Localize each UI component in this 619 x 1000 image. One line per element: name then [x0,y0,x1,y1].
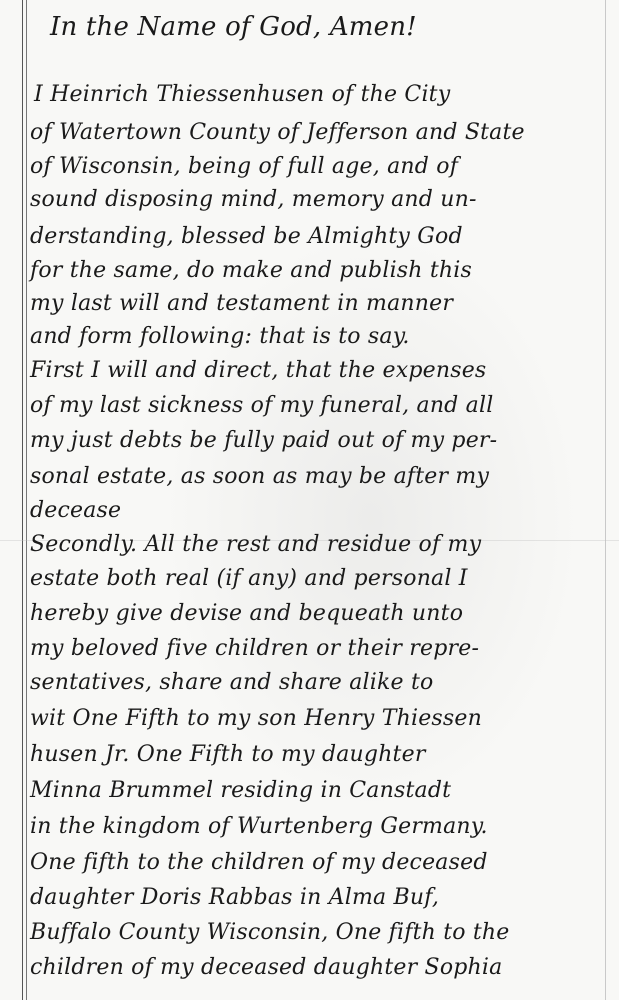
text-line: sonal estate, as soon as may be after my [30,466,605,488]
text-line: decease [30,500,605,522]
text-line: sound disposing mind, memory and un- [30,189,605,211]
text-line: I Heinrich Thiessenhusen of the City [34,84,609,106]
left-margin-rule [22,0,23,1000]
text-line: daughter Doris Rabbas in Alma Buf, [30,887,605,909]
text-line: Secondly. All the rest and residue of my [30,534,605,556]
text-line: in the kingdom of Wurtenberg Germany. [30,816,605,838]
text-line: of Wisconsin, being of full age, and of [30,156,605,178]
text-line: children of my deceased daughter Sophia [30,957,605,979]
left-margin-rule-inner [26,0,27,1000]
text-line: and form following: that is to say. [30,326,605,348]
text-line: hereby give devise and bequeath unto [30,603,605,625]
text-line: estate both real (if any) and personal I [30,568,605,590]
text-line: my last will and testament in manner [30,293,605,315]
document-page: In the Name of God, Amen! I Heinrich Thi… [0,0,619,1000]
text-line: wit One Fifth to my son Henry Thiessen [30,708,605,730]
text-line: of Watertown County of Jefferson and Sta… [30,122,605,144]
text-line: First I will and direct, that the expens… [30,360,605,382]
text-line: of my last sickness of my funeral, and a… [30,395,605,417]
text-line: One fifth to the children of my deceased [30,852,605,874]
text-line: husen Jr. One Fifth to my daughter [30,744,605,766]
text-line: Minna Brummel residing in Canstadt [30,780,605,802]
text-line: Buffalo County Wisconsin, One fifth to t… [30,922,605,944]
right-margin-rule [605,0,606,1000]
document-title: In the Name of God, Amen! [50,14,619,40]
text-line: for the same, do make and publish this [30,260,605,282]
text-line: derstanding, blessed be Almighty God [30,226,605,248]
text-line: my just debts be fully paid out of my pe… [30,430,605,452]
text-line: my beloved five children or their repre- [30,638,605,660]
text-line: sentatives, share and share alike to [30,672,605,694]
